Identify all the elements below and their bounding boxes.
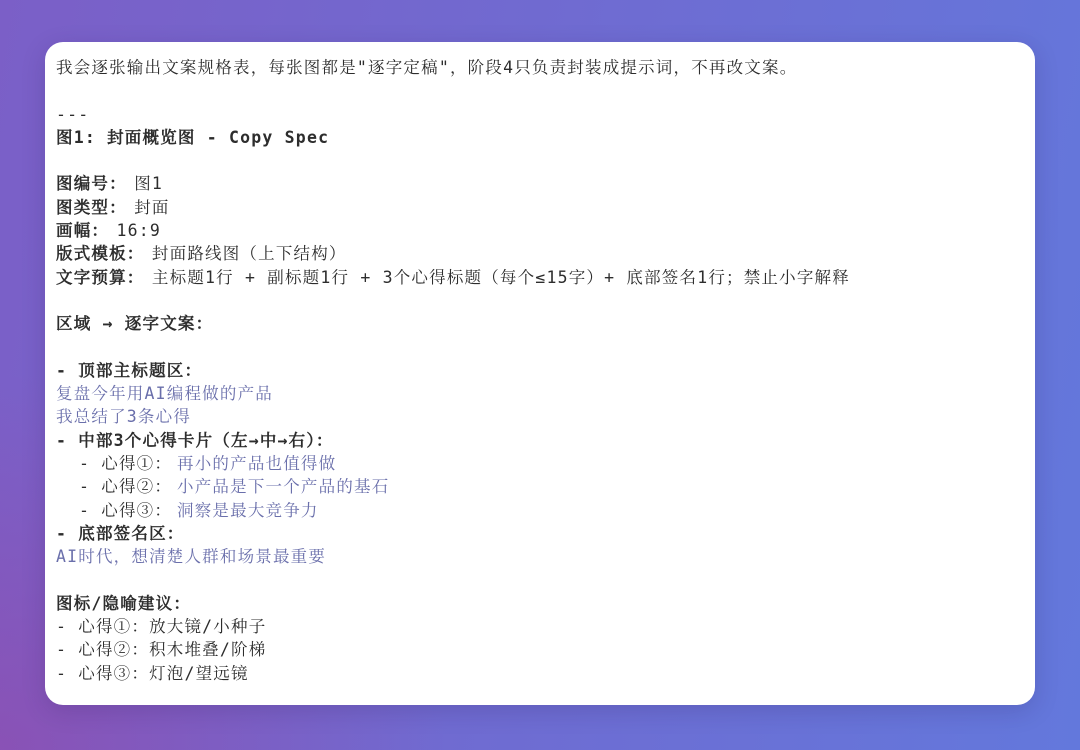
zone-top-copy-line: 复盘今年用AI编程做的产品 [56,382,1019,405]
zone-middle-heading: - 中部3个心得卡片（左→中→右）： [56,429,1019,452]
copy-spec-card: 我会逐张输出文案规格表，每张图都是"逐字定稿"，阶段4只负责封装成提示词，不再改… [45,42,1035,705]
zones-heading: 区域 → 逐字文案： [56,312,1019,335]
zone-bottom-copy-line: AI时代，想清楚人群和场景最重要 [56,545,1019,568]
intro-text: 我会逐张输出文案规格表，每张图都是"逐字定稿"，阶段4只负责封装成提示词，不再改… [56,56,1019,79]
spec-label: 图编号： [56,174,127,193]
spec-row-text-budget: 文字预算：主标题1行 + 副标题1行 + 3个心得标题（每个≤15字）+ 底部签… [56,266,1019,289]
line-gap [56,289,1019,312]
spec-value: 封面路线图（上下结构） [152,244,347,263]
line-gap [56,569,1019,592]
insight-copy: 再小的产品也值得做 [177,454,336,473]
insight-item-3: - 心得③：洞察是最大竞争力 [56,499,1019,522]
spec-row-figure-type: 图类型：封面 [56,196,1019,219]
zone-bottom-heading: - 底部签名区： [56,522,1019,545]
insight-prefix: - 心得①： [79,454,172,473]
spec-label: 版式模板： [56,244,145,263]
icon-suggestion-1: - 心得①：放大镜/小种子 [56,615,1019,638]
spec-value: 主标题1行 + 副标题1行 + 3个心得标题（每个≤15字）+ 底部签名1行；禁… [152,268,850,287]
spec-value: 16:9 [117,221,162,240]
insight-item-2: - 心得②：小产品是下一个产品的基石 [56,475,1019,498]
line-gap [56,336,1019,359]
insight-copy: 洞察是最大竞争力 [177,501,319,520]
gradient-background: 我会逐张输出文案规格表，每张图都是"逐字定稿"，阶段4只负责封装成提示词，不再改… [0,0,1080,750]
icon-suggestion-3: - 心得③：灯泡/望远镜 [56,662,1019,685]
insight-prefix: - 心得②： [79,477,172,496]
insight-copy: 小产品是下一个产品的基石 [177,477,389,496]
spec-row-figure-number: 图编号：图1 [56,172,1019,195]
spec-value: 图1 [134,174,163,193]
spec-value: 封面 [134,198,169,217]
icon-suggestion-2: - 心得②：积木堆叠/阶梯 [56,638,1019,661]
line-gap [56,79,1019,102]
figure-title: 图1: 封面概览图 - Copy Spec [56,126,1019,149]
spec-label: 文字预算： [56,268,145,287]
divider-text: --- [56,103,1019,126]
line-gap [56,149,1019,172]
spec-row-aspect-ratio: 画幅：16:9 [56,219,1019,242]
spec-label: 图类型： [56,198,127,217]
zone-top-copy-line: 我总结了3条心得 [56,405,1019,428]
spec-row-layout-template: 版式模板：封面路线图（上下结构） [56,242,1019,265]
zone-top-heading: - 顶部主标题区： [56,359,1019,382]
insight-item-1: - 心得①：再小的产品也值得做 [56,452,1019,475]
insight-prefix: - 心得③： [79,501,172,520]
icons-heading: 图标/隐喻建议： [56,592,1019,615]
spec-label: 画幅： [56,221,109,240]
